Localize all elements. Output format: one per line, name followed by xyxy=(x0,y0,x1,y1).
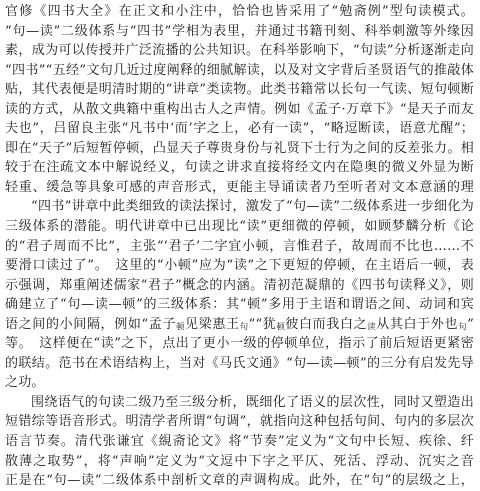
text-line: 围绕语气的句读二级乃至三级分析，既细化了语义的层次性，同时又塑造出长 xyxy=(5,393,474,413)
text-segment: 短错综等语音形式。明清学者所谓“句调”，就指向这种包括句间、句内的多层次的 xyxy=(5,414,474,432)
text-segment: 语言节奏。清代张谦宜《絸斋论文》将“节奏”定义为“文句中长短、疾徐、纤曲、 xyxy=(5,434,474,452)
text-segment: 之功。 xyxy=(5,375,45,390)
text-line: 的“君子周而不比”，主张“‘君子’二字宜小顿，言惟君子，故周而不比也……不 xyxy=(5,237,474,257)
text-line: 正是在“句—读”二级体系中剖析文章的声调构成。此外，在“句”的层级之上， xyxy=(5,471,474,491)
text-line: 三级体系的潜能。明代讲章中已出现比“读”更细微的停顿，如顾梦麟分析《论语》 xyxy=(5,217,474,237)
text-segment: 见梁惠王 xyxy=(185,317,240,332)
text-segment: 即在“天子”后短暂停顿，凸显天子尊贵身份与礼贤下士行为之间的反差张力。相 xyxy=(5,141,474,156)
text-line: 示强调，郑重阐述儒家“君子”概念的内涵。清初范凝鼎的《四书句读释义》，则明 xyxy=(5,276,474,296)
text-segment: 确建立了“句—读—顿”的三级体系：其“顿”多用于主语和谓语之间、动词和宾 xyxy=(5,297,474,312)
text-line: 读的方式，从散文典籍中重构出古人之声情。例如《孟子·万章下》“是天子而友匹 xyxy=(5,100,474,120)
text-segment: 素，成为可以传授并广泛流播的公共知识。在科举影响下，“句读”分析逐渐走向对 xyxy=(5,43,474,61)
text-body: 官修《四书大全》在正文和小注中，恰恰也皆采用了“勉斋例”型句读模式。“句—读”二… xyxy=(5,2,474,491)
annotation-char: 句 xyxy=(240,322,249,332)
annotation-char: 句 xyxy=(458,322,467,332)
text-line: “句—读”二级体系与“四书”学相为表里，并通过书籍刊刻、科举刺激等外缘因 xyxy=(5,22,474,42)
text-line: 夫也”，吕留良主张“凡书中‘而’字之上，必有一读”，“略逗断读，语意尤醒”； xyxy=(5,119,474,139)
text-segment: 语之间的小间隔，例如“孟子 xyxy=(5,317,176,332)
text-segment: 贴，其代表便是明清时期的“讲章”类读物。此类书籍常以长句一气读、短句顿断 xyxy=(5,82,474,97)
text-line: 之功。 xyxy=(5,373,474,393)
text-segment: 较于在注疏文本中解说经义，句读之讲求直接将经文内在隐奥的微义外显为断续、 xyxy=(5,160,474,178)
text-line: 语言节奏。清代张谦宜《絸斋论文》将“节奏”定义为“文句中长短、疾徐、纤曲、 xyxy=(5,432,474,452)
text-line: 较于在注疏文本中解说经义，句读之讲求直接将经文内在隐奥的微义外显为断续、 xyxy=(5,158,474,178)
text-segment: 示强调，郑重阐述儒家“君子”概念的内涵。清初范凝鼎的《四书句读释义》，则明 xyxy=(5,278,474,296)
text-line: “四书”“五经”文句几近过度阐释的细腻解读，以及对文字背后圣贤语气的推敲体 xyxy=(5,61,474,81)
text-segment: 围绕语气的句读二级乃至三级分析，既细化了语义的层次性，同时又塑造出长 xyxy=(5,395,474,413)
text-line: 的联结。范书在术语结构上，当对《马氏文通》“句—读—顿”的三分有启发先导 xyxy=(5,354,474,374)
text-segment: 正是在“句—读”二级体系中剖析文章的声调构成。此外，在“句”的层级之上， xyxy=(5,473,474,488)
text-line: 素，成为可以传授并广泛流播的公共知识。在科举影响下，“句读”分析逐渐走向对 xyxy=(5,41,474,61)
text-segment: “四书”“五经”文句几近过度阐释的细腻解读，以及对文字背后圣贤语气的推敲体 xyxy=(5,63,474,78)
text-line: 要滑口读过了”。 这里的“小顿”应为“读”之下更短的停顿，在主语后一顿，表 xyxy=(5,256,474,276)
text-segment: 散薄之取势”，将“声响”定义为“文逗中下字之平仄、死活、浮动、沉实之音韵”， xyxy=(5,454,474,472)
text-segment: 官修《四书大全》在正文和小注中，恰恰也皆采用了“勉斋例”型句读模式。 xyxy=(5,4,474,19)
text-line: 语之间的小间隔，例如“孟子顿见梁惠王句”“犹顿彼白而我白之读从其白于外也句” xyxy=(5,315,474,335)
text-line: 贴，其代表便是明清时期的“讲章”类读物。此类书籍常以长句一气读、短句顿断 xyxy=(5,80,474,100)
text-line: 即在“天子”后短暂停顿，凸显天子尊贵身份与礼贤下士行为之间的反差张力。相 xyxy=(5,139,474,159)
text-segment: 从其白于外也 xyxy=(376,317,458,332)
text-segment: ”“犹 xyxy=(249,317,277,332)
text-line: 短错综等语音形式。明清学者所谓“句调”，就指向这种包括句间、句内的多层次的 xyxy=(5,412,474,432)
text-segment: 的“君子周而不比”，主张“‘君子’二字宜小顿，言惟君子，故周而不比也……不 xyxy=(5,239,474,254)
text-line: 确建立了“句—读—顿”的三级体系：其“顿”多用于主语和谓语之间、动词和宾 xyxy=(5,295,474,315)
text-line: 散薄之取势”，将“声响”定义为“文逗中下字之平仄、死活、浮动、沉实之音韵”， xyxy=(5,452,474,472)
text-segment: 等。 这样便在“读”之下，点出了更小一级的停顿单位，指示了前后短语更紧密 xyxy=(5,336,474,351)
text-segment: “句—读”二级体系与“四书”学相为表里，并通过书籍刊刻、科举刺激等外缘因 xyxy=(5,24,474,39)
text-line: 等。 这样便在“读”之下，点出了更小一级的停顿单位，指示了前后短语更紧密 xyxy=(5,334,474,354)
text-segment: “四书”讲章中此类细致的读法探讨，激发了“句—读”二级体系进一步细化为 xyxy=(31,199,474,214)
text-segment: 彼白而我白之 xyxy=(285,317,367,332)
annotation-char: 读 xyxy=(367,322,376,332)
text-segment: 轻重、缓急等具象可感的声音形式，更能主导诵读者乃至听者对文本意涵的理解。 xyxy=(5,180,474,198)
text-segment: ” xyxy=(467,317,474,332)
text-segment: 读的方式，从散文典籍中重构出古人之声情。例如《孟子·万章下》“是天子而友匹 xyxy=(5,102,474,120)
annotation-char: 顿 xyxy=(176,322,185,332)
text-line: 官修《四书大全》在正文和小注中，恰恰也皆采用了“勉斋例”型句读模式。 xyxy=(5,2,474,22)
text-line: 轻重、缓急等具象可感的声音形式，更能主导诵读者乃至听者对文本意涵的理解。 xyxy=(5,178,474,198)
document-page: 官修《四书大全》在正文和小注中，恰恰也皆采用了“勉斋例”型句读模式。“句—读”二… xyxy=(0,0,480,491)
text-segment: 要滑口读过了”。 这里的“小顿”应为“读”之下更短的停顿，在主语后一顿，表 xyxy=(5,258,474,273)
text-segment: 夫也”，吕留良主张“凡书中‘而’字之上，必有一读”，“略逗断读，语意尤醒”； xyxy=(5,121,474,136)
text-line: “四书”讲章中此类细致的读法探讨，激发了“句—读”二级体系进一步细化为 xyxy=(5,197,474,217)
text-segment: 三级体系的潜能。明代讲章中已出现比“读”更细微的停顿，如顾梦麟分析《论语》 xyxy=(5,219,474,237)
text-segment: 的联结。范书在术语结构上，当对《马氏文通》“句—读—顿”的三分有启发先导 xyxy=(5,356,474,371)
